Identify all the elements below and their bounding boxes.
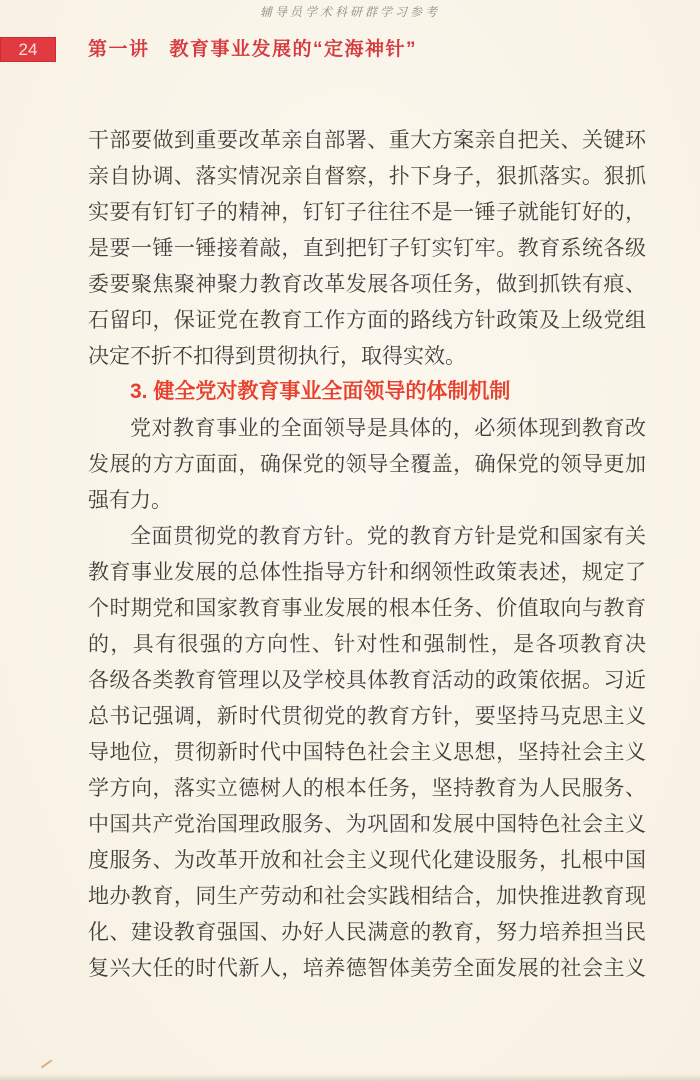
text-line: 个时期党和国家教育事业发展的根本任务、价值取向与教育目	[88, 590, 646, 626]
text-line: 中国共产党治国理政服务、为巩固和发展中国特色社会主义制	[88, 806, 646, 842]
text-line: 复兴大任的时代新人，培养德智体美劳全面发展的社会主义建	[88, 950, 646, 986]
scan-scratch-mark	[41, 1059, 53, 1068]
page-bottom-edge	[0, 1074, 700, 1081]
text-line: 全面贯彻党的教育方针。党的教育方针是党和国家有关	[88, 518, 646, 554]
text-line: 实要有钉钉子的精神，钉钉子往往不是一锤子就能钉好的，而	[88, 194, 646, 230]
text-line: 学方向，落实立德树人的根本任务，坚持教育为人民服务、为	[88, 770, 646, 806]
text-line: 度服务、为改革开放和社会主义现代化建设服务，扎根中国大	[88, 842, 646, 878]
page-header-note: 辅导员学术科研群学习参考	[0, 3, 700, 20]
page-number-badge: 24	[0, 37, 56, 62]
text-line: 石留印，保证党在教育工作方面的路线方针政策及上级党组织	[88, 302, 646, 338]
book-page: 辅导员学术科研群学习参考 24 第一讲教育事业发展的“定海神针” 干部要做到重要…	[0, 0, 700, 1081]
text-line: 地办教育，同生产劳动和社会实践相结合，加快推进教育现代	[88, 878, 646, 914]
chapter-header: 24 第一讲教育事业发展的“定海神针”	[0, 37, 700, 63]
text-line: 亲自协调、落实情况亲自督察，扑下身子，狠抓落实。狠抓落	[88, 158, 646, 194]
page-body: 干部要做到重要改革亲自部署、重大方案亲自把关、关键环节亲自协调、落实情况亲自督察…	[88, 122, 646, 986]
section-heading: 3. 健全党对教育事业全面领导的体制机制	[88, 374, 646, 410]
text-line: 总书记强调，新时代贯彻党的教育方针，要坚持马克思主义指	[88, 698, 646, 734]
text-line: 的，具有很强的方向性、针对性和强制性，是各项教育决策、	[88, 626, 646, 662]
text-line: 发展的方方面面，确保党的领导全覆盖，确保党的领导更加坚	[88, 446, 646, 482]
chapter-title: 第一讲教育事业发展的“定海神针”	[88, 37, 417, 63]
text-line: 委要聚焦聚神聚力教育改革发展各项任务，做到抓铁有痕、踏	[88, 266, 646, 302]
text-line: 党对教育事业的全面领导是具体的，必须体现到教育改革	[88, 410, 646, 446]
text-line: 决定不折不扣得到贯彻执行，取得实效。	[88, 338, 646, 374]
text-line: 化、建设教育强国、办好人民满意的教育，努力培养担当民族	[88, 914, 646, 950]
text-line: 干部要做到重要改革亲自部署、重大方案亲自把关、关键环节	[88, 122, 646, 158]
chapter-label: 第一讲	[88, 39, 150, 60]
text-line: 强有力。	[88, 482, 646, 518]
text-line: 各级各类教育管理以及学校具体教育活动的政策依据。习近平	[88, 662, 646, 698]
text-line: 是要一锤一锤接着敲，直到把钉子钉实钉牢。教育系统各级党	[88, 230, 646, 266]
text-line: 教育事业发展的总体性指导方针和纲领性政策表述，规定了一	[88, 554, 646, 590]
chapter-name: 教育事业发展的“定海神针”	[170, 39, 418, 60]
text-line: 导地位，贯彻新时代中国特色社会主义思想，坚持社会主义办	[88, 734, 646, 770]
